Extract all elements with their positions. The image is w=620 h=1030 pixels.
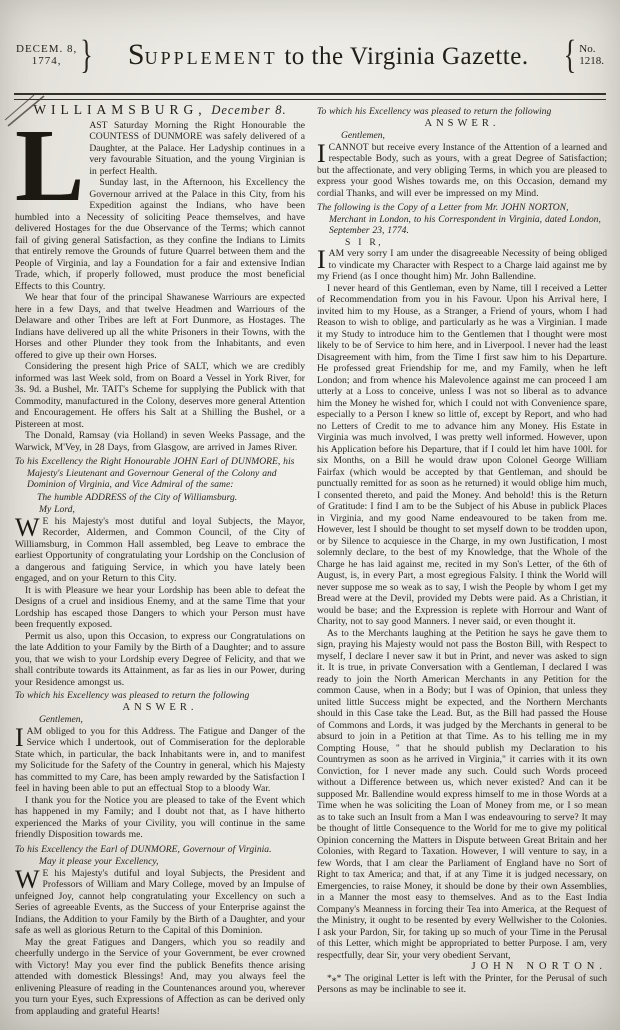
salutation: My Lord, [15, 504, 305, 516]
paragraph: Permit us also, upon this Occasion, to e… [15, 631, 305, 689]
drop-cap: I [317, 248, 329, 270]
newspaper-page: DECEM. 8, 1774, } SUPPLEMENT to the Virg… [0, 0, 620, 1030]
paragraph: WE his Majesty's dutiful and loyal Subje… [15, 868, 305, 937]
city-name: WILLIAMSBURG, [33, 102, 206, 117]
paragraph: WE his Majesty's most dutiful and loyal … [15, 516, 305, 585]
masthead-divider-rule [14, 93, 606, 100]
address-subheading: The humble ADDRESS of the City of Willia… [15, 492, 305, 504]
masthead-number-block: { No. 1218. [561, 40, 604, 70]
paragraph: IAM obliged to you for this Address. The… [15, 726, 305, 795]
issue-date-line2: 1774, [16, 55, 77, 67]
page-title: SUPPLEMENT to the Virginia Gazette. [96, 38, 561, 72]
drop-cap: I [317, 142, 329, 164]
address-heading: To his Excellency the Earl of DUNMORE, G… [15, 844, 305, 856]
paragraph: We hear that four of the principal Shawa… [15, 292, 305, 361]
paragraph: IAM very sorry I am under the disagreeab… [317, 248, 607, 283]
title-rest: to the Virginia Gazette. [278, 43, 529, 70]
dateline-date: December 8. [207, 103, 287, 117]
issue-number: No. 1218. [579, 43, 604, 67]
issue-date: DECEM. 8, 1774, [16, 43, 77, 67]
issue-number-label: No. [579, 43, 604, 55]
salutation: Gentlemen, [15, 714, 305, 726]
printer-footnote: *⁎* The original Letter is left with the… [317, 973, 607, 996]
issue-date-line1: DECEM. 8, [16, 43, 77, 55]
paragraph: As to the Merchants laughing at the Peti… [317, 628, 607, 962]
paragraph: Considering the present high Price of SA… [15, 361, 305, 430]
address-heading: The following is the Copy of a Letter fr… [317, 202, 607, 237]
drop-cap: I [15, 726, 27, 748]
address-heading: To his Excellency the Right Honourable J… [15, 456, 305, 491]
paragraph: ICANNOT but receive every Instance of th… [317, 142, 607, 200]
salutation: S I R, [317, 237, 607, 249]
answer-heading: ANSWER. [15, 702, 305, 714]
answer-intro-line: To which his Excellency was pleased to r… [15, 690, 305, 702]
page-content: WILLIAMSBURG, December 8.LAST Saturday M… [15, 104, 607, 1017]
section-heading: WILLIAMSBURG, December 8. [15, 104, 305, 118]
paragraph: LAST Saturday Morning the Right Honourab… [15, 120, 305, 178]
paragraph: It is with Pleasure we hear your Lordshi… [15, 585, 305, 631]
salutation: Gentlemen, [317, 130, 607, 142]
brace-icon: } [77, 32, 95, 79]
title-initial: S [128, 38, 145, 71]
right-column: To which his Excellency was pleased to r… [317, 104, 607, 1017]
left-column: WILLIAMSBURG, December 8.LAST Saturday M… [15, 104, 305, 1017]
title-caps: UPPLEMENT [145, 48, 278, 68]
paragraph: I thank you for the Notice you are pleas… [15, 795, 305, 841]
answer-intro-line: To which his Excellency was pleased to r… [317, 106, 607, 118]
issue-number-value: 1218. [579, 55, 604, 67]
drop-cap: W [15, 868, 43, 890]
drop-cap: W [15, 516, 43, 538]
salutation: May it please your Excellency, [15, 856, 305, 868]
brace-icon: { [561, 32, 579, 79]
masthead: DECEM. 8, 1774, } SUPPLEMENT to the Virg… [16, 38, 604, 72]
signature: JOHN NORTON. [317, 961, 607, 973]
paragraph: I never heard of this Gentleman, even by… [317, 283, 607, 628]
drop-cap: L [15, 120, 89, 206]
masthead-date-block: DECEM. 8, 1774, } [16, 40, 96, 70]
paragraph: The Donald, Ramsay (via Holland) in seve… [15, 430, 305, 453]
paragraph: May the great Fatigues and Dangers, whic… [15, 937, 305, 1018]
answer-heading: ANSWER. [317, 118, 607, 130]
